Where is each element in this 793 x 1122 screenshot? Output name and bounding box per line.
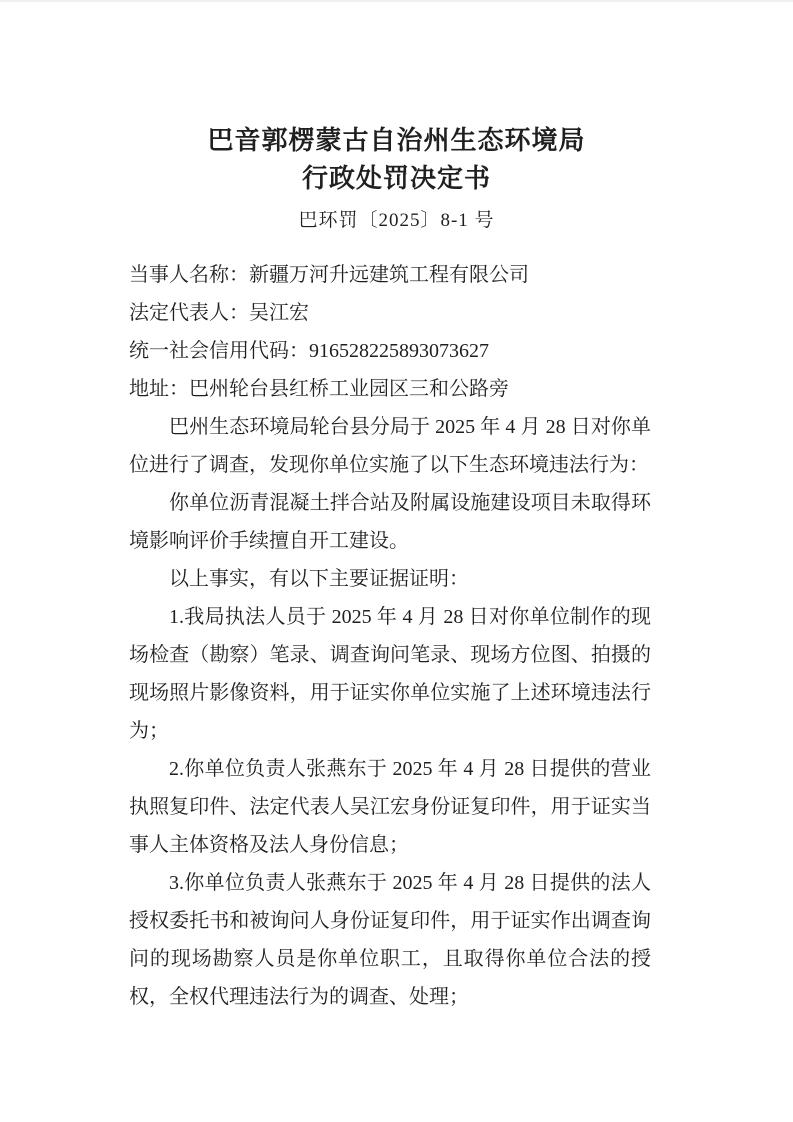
document-body: 当事人名称：新疆万河升远建筑工程有限公司 法定代表人：吴江宏 统一社会信用代码：… — [129, 256, 651, 1016]
legal-representative-line: 法定代表人：吴江宏 — [129, 294, 651, 332]
credit-code-label: 统一社会信用代码： — [129, 340, 309, 362]
paragraph-violation: 你单位沥青混凝土拌合站及附属设施建设项目未取得环境影响评价手续擅自开工建设。 — [129, 484, 651, 560]
legal-representative-label: 法定代表人： — [129, 302, 249, 324]
document-header: 巴音郭楞蒙古自治州生态环境局 行政处罚决定书 巴环罚〔2025〕8-1 号 — [0, 2, 793, 234]
paragraph-evidence-2: 2.你单位负责人张燕东于 2025 年 4 月 28 日提供的营业执照复印件、法… — [129, 750, 651, 864]
party-name-value: 新疆万河升远建筑工程有限公司 — [249, 264, 529, 286]
document-number: 巴环罚〔2025〕8-1 号 — [0, 208, 793, 234]
document-title-line1: 巴音郭楞蒙古自治州生态环境局 — [0, 122, 793, 160]
legal-representative-value: 吴江宏 — [249, 302, 309, 324]
address-line: 地址：巴州轮台县红桥工业园区三和公路旁 — [129, 370, 651, 408]
party-name-label: 当事人名称： — [129, 264, 249, 286]
penalty-decision-document-page: 巴音郭楞蒙古自治州生态环境局 行政处罚决定书 巴环罚〔2025〕8-1 号 当事… — [0, 0, 793, 1122]
paragraph-investigation: 巴州生态环境局轮台县分局于 2025 年 4 月 28 日对你单位进行了调查，发… — [129, 408, 651, 484]
credit-code-value: 916528225893073627 — [309, 340, 489, 362]
paragraph-evidence-intro: 以上事实，有以下主要证据证明： — [129, 560, 651, 598]
address-label: 地址： — [129, 378, 189, 400]
document-title-line2: 行政处罚决定书 — [0, 160, 793, 198]
address-value: 巴州轮台县红桥工业园区三和公路旁 — [189, 378, 509, 400]
paragraph-evidence-3: 3.你单位负责人张燕东于 2025 年 4 月 28 日提供的法人授权委托书和被… — [129, 864, 651, 1016]
party-name-line: 当事人名称：新疆万河升远建筑工程有限公司 — [129, 256, 651, 294]
paragraph-evidence-1: 1.我局执法人员于 2025 年 4 月 28 日对你单位制作的现场检查（勘察）… — [129, 598, 651, 750]
credit-code-line: 统一社会信用代码：916528225893073627 — [129, 332, 651, 370]
